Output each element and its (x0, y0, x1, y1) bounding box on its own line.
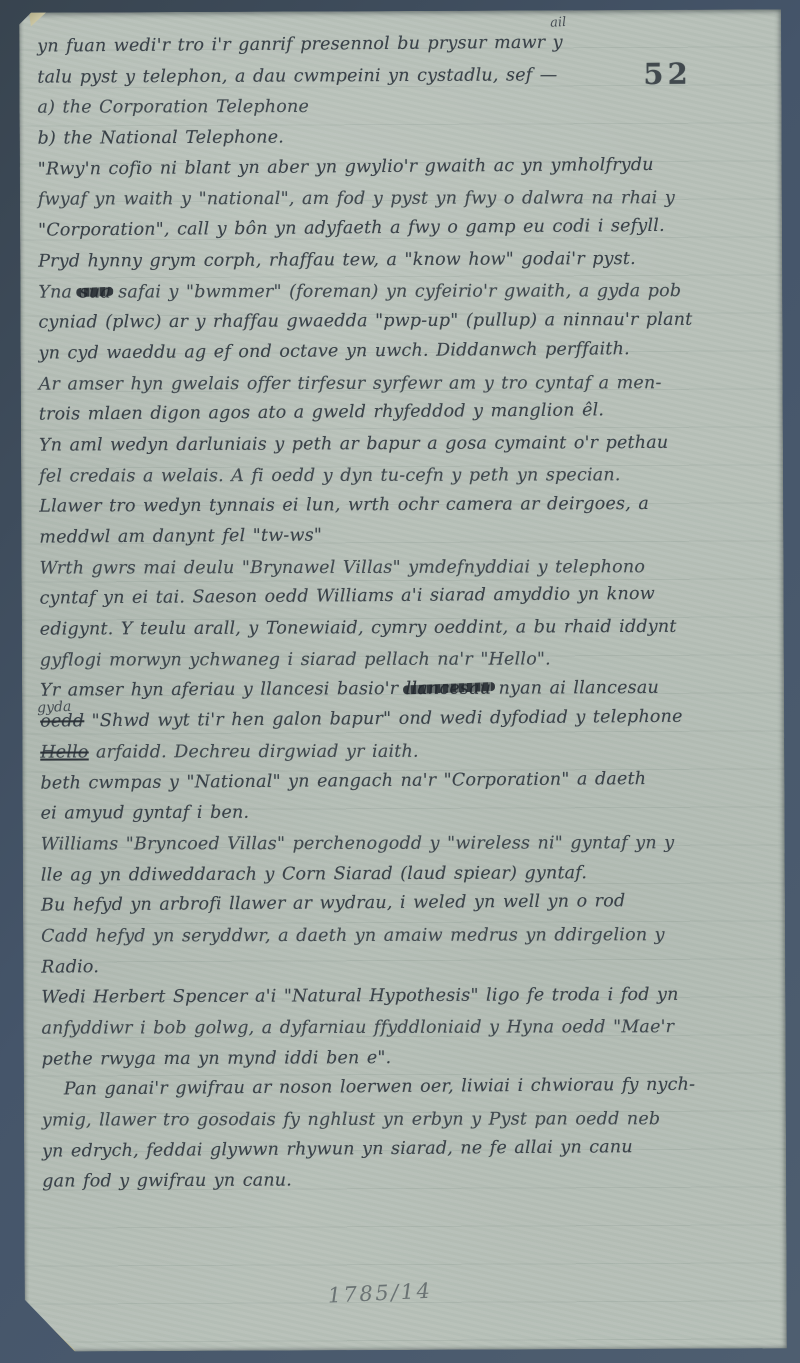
handwriting-text: safai y "bwmmer" (foreman) yn cyfeirio'r… (111, 281, 681, 302)
manuscript-line: trois mlaen digon agos ato a gweld rhyfe… (39, 394, 775, 430)
scribbled-out-word: sua (80, 282, 111, 302)
folded-corner-top-left (29, 12, 47, 28)
handwriting-text: Bu hefyd yn arbrofi llawer ar wydrau, i … (41, 891, 626, 915)
manuscript-line: Williams "Bryncoed Villas" perchenogodd … (41, 828, 777, 860)
manuscript-line: a) the Corporation Telephone (37, 91, 773, 123)
handwriting-text: trois mlaen digon agos ato a gweld rhyfe… (39, 401, 604, 425)
handwriting-text: gan fod y gwifrau yn canu. (42, 1171, 292, 1192)
handwriting-text: "Corporation", call y bôn yn adyfaeth a … (38, 216, 665, 241)
manuscript-line: ei amyud gyntaf i ben. (41, 796, 777, 830)
manuscript-line: talu pyst y telephon, a dau cwmpeini yn … (37, 59, 773, 93)
handwriting-text: pethe rwyga ma yn mynd iddi ben e". (42, 1048, 392, 1070)
handwriting-text: ymig, llawer tro gosodais fy nghlust yn … (42, 1109, 660, 1130)
handwriting-text: beth cwmpas y "National" yn eangach na'r… (40, 769, 646, 794)
manuscript-line: Yn aml wedyn darluniais y peth ar bapur … (39, 427, 775, 461)
handwriting-text: Cadd hefyd yn seryddwr, a daeth yn amaiw… (41, 925, 665, 946)
handwriting-text: ei amyud gyntaf i ben. (41, 803, 250, 824)
manuscript-line: meddwl am danynt fel "tw-ws" (39, 517, 775, 553)
reference-number: 1785/14 (327, 1279, 433, 1308)
handwriting-text: fel credais a welais. A fi oedd y dyn tu… (39, 465, 621, 486)
handwriting-text: "Rwy'n cofio ni blant yn aber yn gwylio'… (38, 155, 654, 180)
handwriting-text: cyntaf yn ei tai. Saeson oedd Williams a… (40, 584, 655, 609)
manuscript-line: oedd "Shwd wyt ti'r hen galon bapur" ond… (40, 701, 776, 737)
manuscript-lines: yn fuan wedi'r tro i'r ganrif presennol … (37, 28, 778, 1197)
handwriting-text: a) the Corporation Telephone (37, 97, 309, 118)
scribbled-out-word: llancesau (406, 679, 492, 699)
manuscript-line: yn fuan wedi'r tro i'r ganrif presennol … (37, 26, 773, 62)
manuscript-line: Pan ganai'r gwifrau ar noson loerwen oer… (42, 1069, 778, 1105)
struck-through-word: Hello (40, 742, 88, 762)
manuscript-line: Wedi Herbert Spencer a'i "Natural Hypoth… (41, 980, 777, 1014)
handwriting-text: talu pyst y telephon, a dau cwmpeini yn … (37, 65, 557, 87)
handwriting-text: fwyaf yn waith y "national", am fod y py… (38, 189, 675, 210)
handwriting-text: Yna (38, 282, 79, 302)
handwriting-text: nyan ai llancesau (491, 678, 659, 699)
manuscript-line: edigynt. Y teulu arall, y Tonewiaid, cym… (40, 611, 776, 645)
manuscript-line: cyntaf yn ei tai. Saeson oedd Williams a… (40, 578, 776, 614)
handwriting-text: anfyddiwr i bob golwg, a dyfarniau ffydd… (41, 1017, 674, 1038)
handwriting-text: arfaidd. Dechreu dirgwiad yr iaith. (89, 742, 419, 763)
manuscript-line: yn cyd waeddu ag ef ond octave yn uwch. … (38, 333, 774, 369)
handwriting-text: Pan ganai'r gwifrau ar noson loerwen oer… (64, 1075, 696, 1100)
manuscript-line: Yna sua safai y "bwmmer" (foreman) yn cy… (38, 275, 774, 307)
manuscript-line: Radio. (41, 947, 777, 983)
struck-through-word: oedd (40, 711, 84, 731)
manuscript-line: beth cwmpas y "National" yn eangach na'r… (40, 763, 776, 799)
handwriting-text: yn fuan wedi'r tro i'r ganrif presennol … (37, 33, 563, 57)
manuscript-line: gyflogi morwyn ychwaneg i siarad pellach… (40, 644, 776, 676)
handwriting-text: b) the National Telephone. (38, 128, 285, 149)
handwriting-text: Llawer tro wedyn tynnais ei lun, wrth oc… (39, 494, 649, 517)
handwriting-text: Ar amser hyn gwelais offer tirfesur syrf… (39, 373, 662, 394)
handwriting-text: cyniad (plwc) ar y rhaffau gwaedda "pwp-… (38, 310, 692, 333)
manuscript-line: anfyddiwr i bob golwg, a dyfarniau ffydd… (41, 1012, 777, 1044)
handwriting-text: Yr amser hyn aferiau y llancesi basio'r (40, 679, 406, 701)
manuscript-line: "Corporation", call y bôn yn adyfaeth a … (38, 210, 774, 246)
handwriting-text: Wrth gwrs mai deulu "Brynawel Villas" ym… (39, 557, 645, 578)
handwriting-text: "Shwd wyt ti'r hen galon bapur" ond wedi… (84, 707, 683, 731)
manuscript-line: Pryd hynny grym corph, rhaffau tew, a "k… (38, 243, 774, 277)
handwriting-text: yn cyd waeddu ag ef ond octave yn uwch. … (38, 339, 629, 363)
handwriting-text: edigynt. Y teulu arall, y Tonewiaid, cym… (40, 617, 677, 640)
handwriting-text: Williams "Bryncoed Villas" perchenogodd … (41, 833, 675, 854)
scan-background: 52 ail gyda yn fuan wedi'r tro i'r ganri… (0, 0, 800, 1363)
folded-corner-bottom-left (24, 1294, 80, 1352)
manuscript-line: fel credais a welais. A fi oedd y dyn tu… (39, 460, 775, 492)
handwriting-text: gyflogi morwyn ychwaneg i siarad pellach… (40, 649, 551, 670)
handwriting-text: yn edrych, feddai glywwn rhywun yn siara… (42, 1137, 633, 1161)
handwriting-text: Wedi Herbert Spencer a'i "Natural Hypoth… (41, 985, 678, 1008)
handwriting-text: Yn aml wedyn darluniais y peth ar bapur … (39, 433, 668, 456)
handwriting-text: Radio. (41, 957, 99, 977)
handwriting-text: meddwl am danynt fel "tw-ws" (39, 525, 322, 547)
handwriting-text: Pryd hynny grym corph, rhaffau tew, a "k… (38, 249, 636, 272)
manuscript-line: gan fod y gwifrau yn canu. (42, 1164, 778, 1198)
manuscript-line: Bu hefyd yn arbrofi llawer ar wydrau, i … (41, 885, 777, 921)
manuscript-line: yn edrych, feddai glywwn rhywun yn siara… (42, 1131, 778, 1167)
paper-sheet: 52 ail gyda yn fuan wedi'r tro i'r ganri… (19, 9, 787, 1351)
manuscript-line: "Rwy'n cofio ni blant yn aber yn gwylio'… (38, 149, 774, 185)
handwriting-text: lle ag yn ddiweddarach y Corn Siarad (la… (41, 863, 587, 885)
